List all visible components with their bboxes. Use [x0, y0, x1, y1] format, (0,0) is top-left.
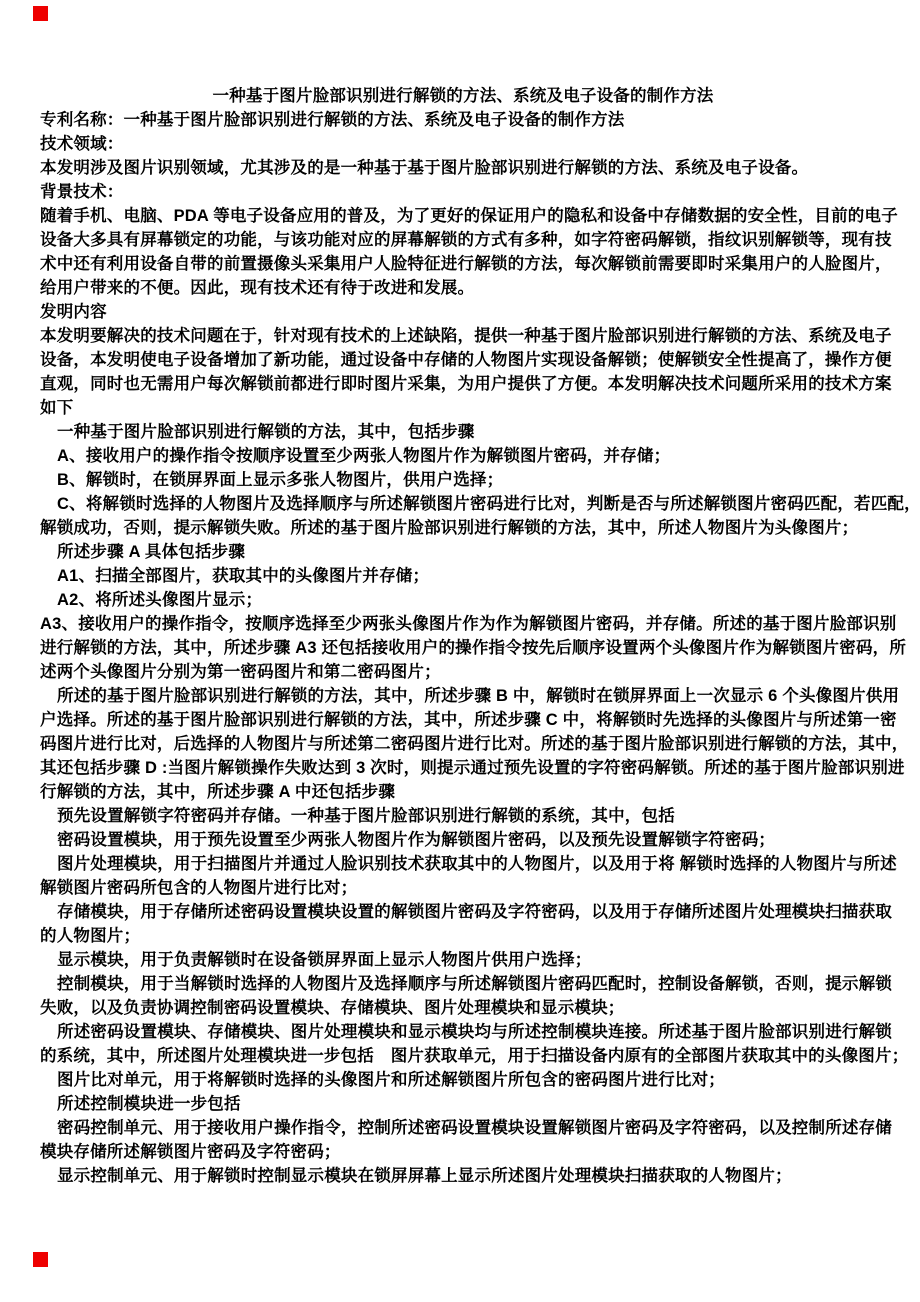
text-line: B、解锁时，在锁屏界面上显示多张人物图片，供用户选择； [40, 468, 886, 492]
text-line: 控制模块，用于当解锁时选择的人物图片及选择顺序与所述解锁图片密码匹配时，控制设备… [40, 972, 886, 996]
text-line: 预先设置解锁字符密码并存储。一种基于图片脸部识别进行解锁的系统，其中，包括 [40, 804, 886, 828]
document-page: 一种基于图片脸部识别进行解锁的方法、系统及电子设备的制作方法 专利名称：一种基于… [0, 0, 920, 1302]
document-lines: 专利名称：一种基于图片脸部识别进行解锁的方法、系统及电子设备的制作方法技术领域：… [40, 108, 886, 1188]
text-line: 给用户带来的不便。因此，现有技术还有待于改进和发展。 [40, 276, 886, 300]
text-line: 存储模块，用于存储所述密码设置模块设置的解锁图片密码及字符密码，以及用于存储所述… [40, 900, 886, 924]
text-line: 背景技术： [40, 180, 886, 204]
text-line: 密码设置模块，用于预先设置至少两张人物图片作为解锁图片密码，以及预先设置解锁字符… [40, 828, 886, 852]
text-line: A1、扫描全部图片，获取其中的头像图片并存储； [40, 564, 886, 588]
red-marker-bottom [33, 1252, 48, 1267]
red-marker-top [33, 6, 48, 21]
text-line: 解锁成功，否则，提示解锁失败。所述的基于图片脸部识别进行解锁的方法，其中，所述人… [40, 516, 886, 540]
text-line: A2、将所述头像图片显示； [40, 588, 886, 612]
text-line: 图片比对单元，用于将解锁时选择的头像图片和所述解锁图片所包含的密码图片进行比对； [40, 1068, 886, 1092]
text-line: 本发明涉及图片识别领域，尤其涉及的是一种基于基于图片脸部识别进行解锁的方法、系统… [40, 156, 886, 180]
text-line: 术中还有利用设备自带的前置摄像头采集用户人脸特征进行解锁的方法，每次解锁前需要即… [40, 252, 886, 276]
text-line: 所述控制模块进一步包括 [40, 1092, 886, 1116]
text-line: 户选择。所述的基于图片脸部识别进行解锁的方法，其中，所述步骤 C 中，将解锁时先… [40, 708, 886, 732]
document-content: 一种基于图片脸部识别进行解锁的方法、系统及电子设备的制作方法 专利名称：一种基于… [40, 84, 886, 1188]
text-line: 码图片进行比对，后选择的人物图片与所述第二密码图片进行比对。所述的基于图片脸部识… [40, 732, 886, 756]
text-line: 所述步骤 A 具体包括步骤 [40, 540, 886, 564]
text-line: A3、接收用户的操作指令，按顺序选择至少两张头像图片作为作为解锁图片密码，并存储… [40, 612, 886, 636]
text-line: 进行解锁的方法，其中，所述步骤 A3 还包括接收用户的操作指令按先后顺序设置两个… [40, 636, 886, 660]
text-line: 设备，本发明使电子设备增加了新功能，通过设备中存储的人物图片实现设备解锁；使解锁… [40, 348, 886, 372]
text-line: 行解锁的方法，其中，所述步骤 A 中还包括步骤 [40, 780, 886, 804]
text-line: 发明内容 [40, 300, 886, 324]
text-line: 随着手机、电脑、PDA 等电子设备应用的普及，为了更好的保证用户的隐私和设备中存… [40, 204, 886, 228]
text-line: 图片处理模块，用于扫描图片并通过人脸识别技术获取其中的人物图片，以及用于将 解锁… [40, 852, 886, 876]
text-line: 失败，以及负责协调控制密码设置模块、存储模块、图片处理模块和显示模块； [40, 996, 886, 1020]
text-line: 的人物图片； [40, 924, 886, 948]
text-line: 述两个头像图片分别为第一密码图片和第二密码图片； [40, 660, 886, 684]
text-line: 解锁图片密码所包含的人物图片进行比对； [40, 876, 886, 900]
text-line: 技术领域： [40, 132, 886, 156]
text-line: 密码控制单元、用于接收用户操作指令，控制所述密码设置模块设置解锁图片密码及字符密… [40, 1116, 886, 1140]
text-line: 模块存储所述解锁图片密码及字符密码； [40, 1140, 886, 1164]
text-line: 其还包括步骤 D :当图片解锁操作失败达到 3 次时，则提示通过预先设置的字符密… [40, 756, 886, 780]
text-line: 显示模块，用于负责解锁时在设备锁屏界面上显示人物图片供用户选择； [40, 948, 886, 972]
text-line: 的系统，其中，所述图片处理模块进一步包括 图片获取单元，用于扫描设备内原有的全部… [40, 1044, 886, 1068]
text-line: 所述密码设置模块、存储模块、图片处理模块和显示模块均与所述控制模块连接。所述基于… [40, 1020, 886, 1044]
text-line: 本发明要解决的技术问题在于，针对现有技术的上述缺陷，提供一种基于图片脸部识别进行… [40, 324, 886, 348]
text-line: 所述的基于图片脸部识别进行解锁的方法，其中，所述步骤 B 中，解锁时在锁屏界面上… [40, 684, 886, 708]
text-line: 专利名称：一种基于图片脸部识别进行解锁的方法、系统及电子设备的制作方法 [40, 108, 886, 132]
text-line: C、将解锁时选择的人物图片及选择顺序与所述解锁图片密码进行比对，判断是否与所述解… [40, 492, 886, 516]
text-line: 一种基于图片脸部识别进行解锁的方法，其中，包括步骤 [40, 420, 886, 444]
text-line: 直观，同时也无需用户每次解锁前都进行即时图片采集，为用户提供了方便。本发明解决技… [40, 372, 886, 396]
text-line: A、接收用户的操作指令按顺序设置至少两张人物图片作为解锁图片密码，并存储； [40, 444, 886, 468]
document-title: 一种基于图片脸部识别进行解锁的方法、系统及电子设备的制作方法 [40, 84, 886, 108]
text-line: 如下 [40, 396, 886, 420]
text-line: 设备大多具有屏幕锁定的功能，与该功能对应的屏幕解锁的方式有多种，如字符密码解锁，… [40, 228, 886, 252]
text-line: 显示控制单元、用于解锁时控制显示模块在锁屏屏幕上显示所述图片处理模块扫描获取的人… [40, 1164, 886, 1188]
